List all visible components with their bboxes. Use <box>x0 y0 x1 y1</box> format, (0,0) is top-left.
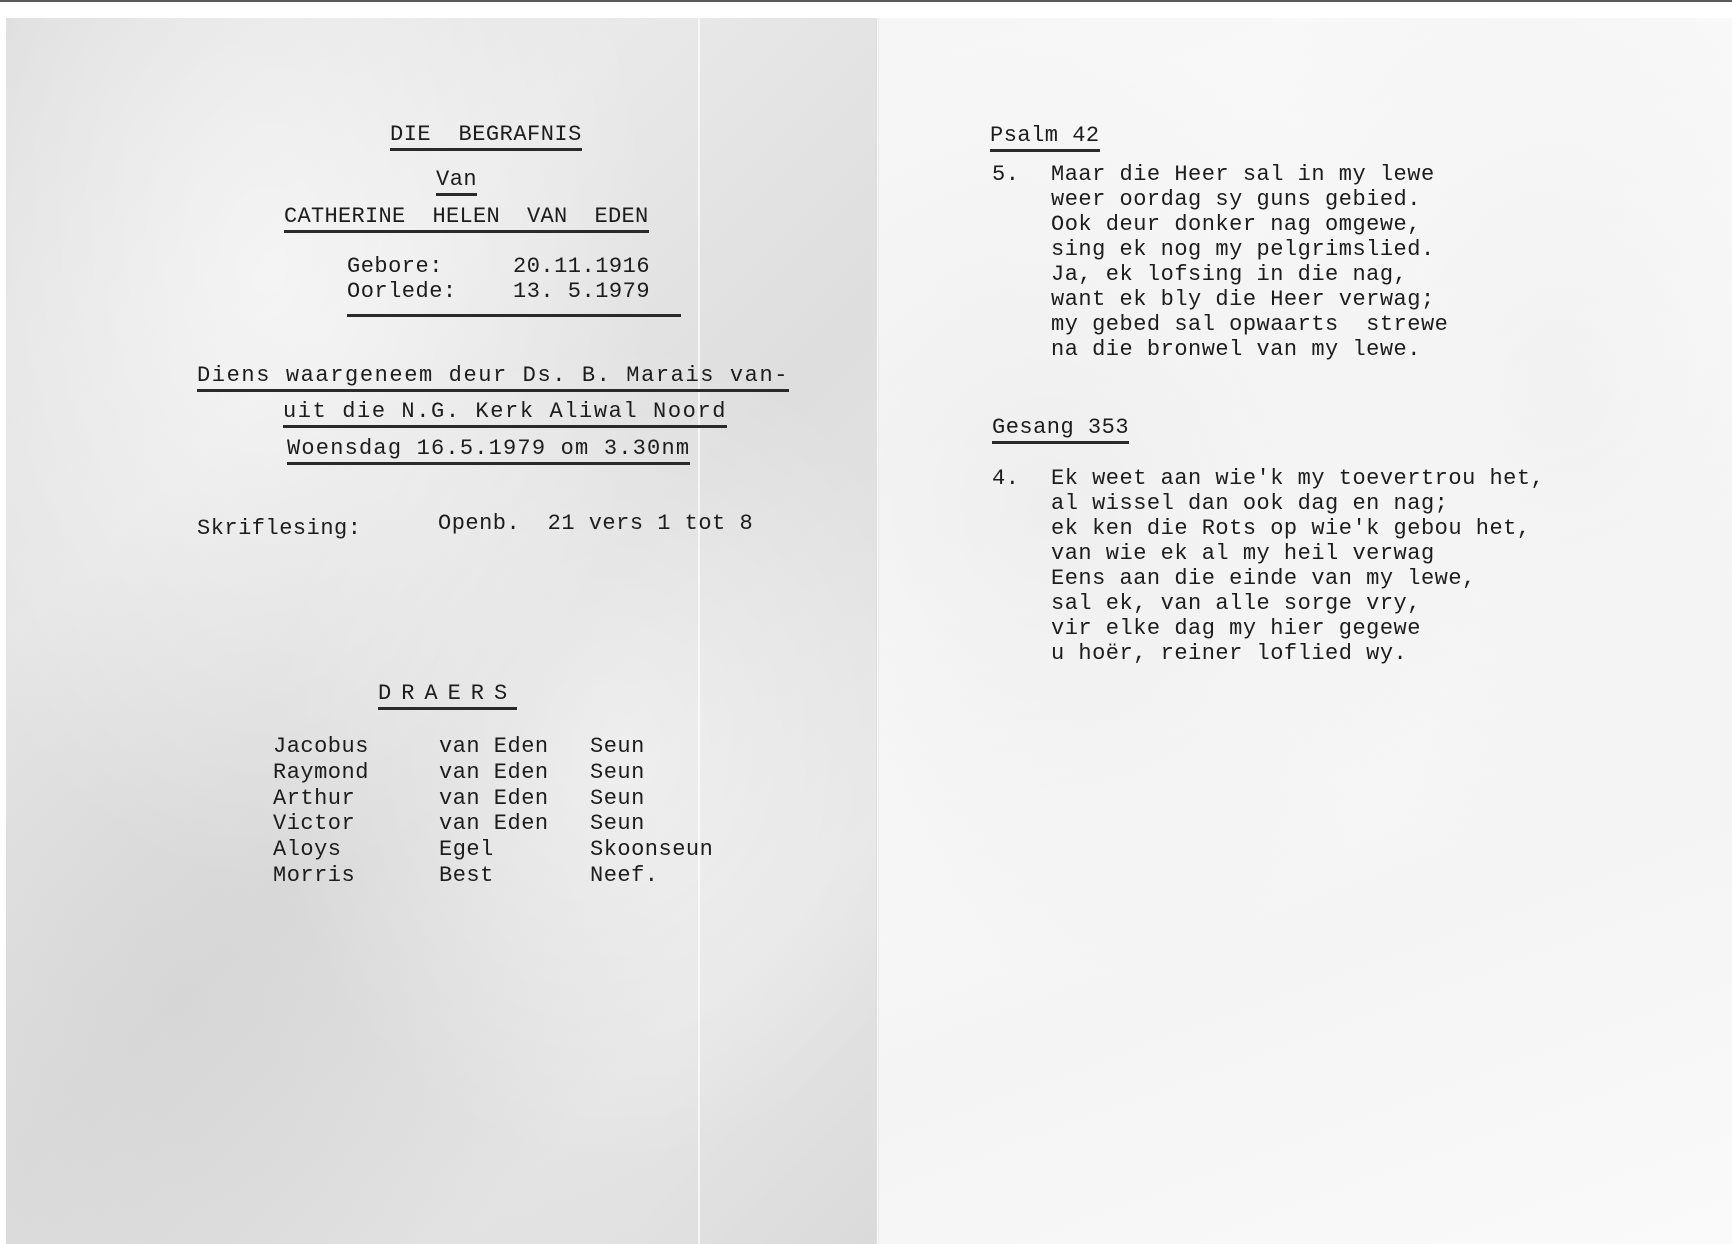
service-line-1: Diens waargeneem deur Ds. B. Marais van- <box>197 364 789 392</box>
hymn-line: sal ek, van alle sorge vry, <box>1051 592 1421 616</box>
died-label: Oorlede: <box>347 280 457 304</box>
bearer-surname: van Eden <box>439 812 549 836</box>
hymn-line: al wissel dan ook dag en nag; <box>1051 492 1448 516</box>
born-date: 20.11.1916 <box>513 255 650 279</box>
bearer-surname: Best <box>439 864 494 888</box>
bearer-surname: Egel <box>439 838 494 862</box>
died-date: 13. 5.1979 <box>513 280 650 304</box>
hymn-line: Maar die Heer sal in my lewe <box>1051 163 1435 187</box>
deceased-name: CATHERINE HELEN VAN EDEN <box>284 205 649 233</box>
hymn-line: Ook deur donker nag omgewe, <box>1051 213 1421 237</box>
scan-top-edge <box>0 0 1732 2</box>
bearer-relation: Neef. <box>590 864 659 888</box>
reading-label: Skriflesing: <box>197 517 361 541</box>
bearer-first-name: Arthur <box>273 787 355 811</box>
verse-number: 5. <box>992 163 1019 187</box>
service-line-2: uit die N.G. Kerk Aliwal Noord <box>283 400 727 428</box>
bearer-first-name: Morris <box>273 864 355 888</box>
hymn-line: Ek weet aan wie'k my toevertrou het, <box>1051 467 1544 491</box>
bearer-relation: Seun <box>590 735 645 759</box>
bearer-surname: van Eden <box>439 787 549 811</box>
hymn-line: my gebed sal opwaarts strewe <box>1051 313 1448 337</box>
bearer-first-name: Victor <box>273 812 355 836</box>
hymn-title: Gesang 353 <box>992 416 1129 444</box>
dates-underline <box>347 314 681 317</box>
bearer-first-name: Jacobus <box>273 735 369 759</box>
left-page <box>6 18 878 1244</box>
bearer-relation: Skoonseun <box>590 838 713 862</box>
hymn-line: van wie ek al my heil verwag <box>1051 542 1435 566</box>
service-line-3: Woensdag 16.5.1979 om 3.30nm <box>287 437 690 465</box>
bearer-surname: van Eden <box>439 761 549 785</box>
hymn-line: na die bronwel van my lewe. <box>1051 338 1421 362</box>
bearer-relation: Seun <box>590 761 645 785</box>
bearer-relation: Seun <box>590 787 645 811</box>
hymn-line: Ja, ek lofsing in die nag, <box>1051 263 1407 287</box>
bearers-heading: DRAERS <box>378 682 517 710</box>
hymn-title: Psalm 42 <box>990 124 1100 152</box>
bearer-first-name: Aloys <box>273 838 342 862</box>
hymn-line: ek ken die Rots op wie'k gebou het, <box>1051 517 1531 541</box>
bearer-relation: Seun <box>590 812 645 836</box>
bearer-surname: van Eden <box>439 735 549 759</box>
document-title: DIE BEGRAFNIS <box>390 123 582 151</box>
page-fold <box>876 18 879 1244</box>
hymn-line: weer oordag sy guns gebied. <box>1051 188 1421 212</box>
born-label: Gebore: <box>347 255 443 279</box>
hymn-line: u hoër, reiner loflied wy. <box>1051 642 1407 666</box>
van-label: Van <box>436 168 477 196</box>
paper-crease <box>698 18 700 1244</box>
verse-number: 4. <box>992 467 1019 491</box>
hymn-line: want ek bly die Heer verwag; <box>1051 288 1435 312</box>
reading-value: Openb. 21 vers 1 tot 8 <box>438 512 753 536</box>
bearer-first-name: Raymond <box>273 761 369 785</box>
hymn-line: Eens aan die einde van my lewe, <box>1051 567 1476 591</box>
hymn-line: sing ek nog my pelgrimslied. <box>1051 238 1435 262</box>
hymn-line: vir elke dag my hier gegewe <box>1051 617 1421 641</box>
